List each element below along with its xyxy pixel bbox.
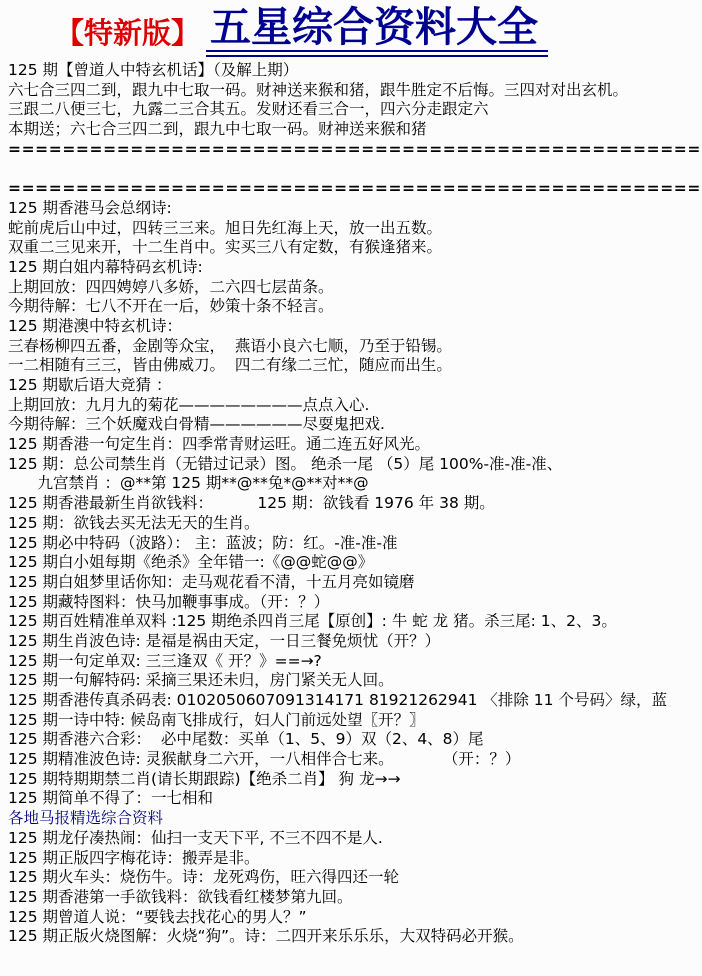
blank-line [8,159,702,179]
text-line: 125 期：总公司禁生肖（无错过记录）图。 绝杀一尾 （5）尾 100%-准-准… [8,455,702,475]
text-line: 今期待解：三个妖魔戏白骨精——————尽耍鬼把戏. [8,415,702,435]
text-line: 125 期简单不得了：一七相和 [8,789,702,809]
text-line: 125 期藏特图料：快马加鞭事事成。（开：？） [8,593,702,613]
text-line: 125 期歇后语大竞猜 ： [8,376,702,396]
text-line: 上期回放：九月九的菊花————————点点入心. [8,396,702,416]
text-line: 125 期一句定单双: 三三逢双《 开？》==→? [8,652,702,672]
text-line: 蛇前虎后山中过，四转三三来。旭日先红海上天，放一出五数。 [8,219,702,239]
text-line: 125 期香港马会总纲诗: [8,199,702,219]
separator-line: ========================================… [8,140,702,160]
text-line: 125 期一诗中特: 候岛南飞排成行，妇人门前远处望〖开？〗 [8,711,702,731]
text-line: 一二相随有三三，皆由佛威刀。 四二有缘二三忙，随应而出生。 [8,356,702,376]
text-line: 125 期一句解特码: 采摘三果还未归，房门紧关无人回。 [8,671,702,691]
text-line: 125 期龙仔凑热闹：仙扫一支天下平, 不三不四不是人. [8,829,702,849]
text-line: 125 期香港传真杀码表: 0102050607091314171 819212… [8,691,702,711]
text-line: 125 期：欲钱去买无法无天的生肖。 [8,514,702,534]
edition-badge: 【特新版】 [55,19,200,57]
text-line: 125 期香港六合彩： 必中尾数：买单（1、5、9）双（2、4、8）尾 [8,730,702,750]
text-line: 三春杨柳四五番，金剧等众宝， 燕语小良六七顺，乃至于铅锡。 [8,337,702,357]
text-line: 125 期正版火烧图解：火烧“狗”。诗：二四开来乐乐乐，大双特码必开猴。 [8,927,702,947]
separator-line: ========================================… [8,179,702,199]
page-title-link[interactable]: 五星综合资料大全 [206,7,548,57]
text-line: 125 期特期期禁二肖(请长期跟踪)【绝杀二肖】 狗 龙→→ [8,770,702,790]
text-line: 125 期白姐梦里话你知：走马观花看不清，十五月亮如镜磨 [8,573,702,593]
text-line: 今期待解：七八不开在一后，妙策十条不轻言。 [8,297,702,317]
text-line: 125 期香港最新生肖欲钱料： 125 期：欲钱看 1976 年 38 期。 [8,494,702,514]
content-lines: 125 期【曾道人中特玄机话】（及解上期）六七合三四二到，跟九中七取一码。财神送… [0,57,702,947]
text-line: 125 期必中特码（波路）： 主：蓝波；防：红。-准-准-准 [8,534,702,554]
text-line: 125 期精准波色诗: 灵猴献身二六开，一八相伴合七来。 （开：？） [8,750,702,770]
page-header: 【特新版】 五星综合资料大全 [0,0,702,57]
text-line: 125 期曾道人说：“要钱去找花心的男人？” [8,908,702,928]
text-line: 125 期百姓精准单双料 :125 期绝杀四肖三尾【原创】: 牛 蛇 龙 猪。杀… [8,612,702,632]
text-line: 九宫禁肖 ：@**第 125 期**@**兔*@**对**@ [8,474,702,494]
text-line: 上期回放：四四娉婷八多娇，二六四七层苗条。 [8,278,702,298]
text-line: 125 期香港第一手欲钱料：欲钱看红楼梦第九回。 [8,888,702,908]
text-line: 125 期香港一句定生肖：四季常青财运旺。通二连五好风光。 [8,435,702,455]
text-line: 六七合三四二到，跟九中七取一码。财神送来猴和猪，跟牛胜定不后悔。三四对对出玄机。 [8,81,702,101]
text-line: 双重二三见来开，十二生肖中。实买三八有定数，有猴逢猪来。 [8,238,702,258]
text-line: 125 期白小姐每期《绝杀》全年错一:《@@蛇@@》 [8,553,702,573]
text-line: 125 期【曾道人中特玄机话】（及解上期） [8,61,702,81]
text-line: 125 期火车头：烧伤牛。诗：龙死鸡伤，旺六得四还一轮 [8,868,702,888]
page: 【特新版】 五星综合资料大全 125 期【曾道人中特玄机话】（及解上期）六七合三… [0,0,702,976]
text-line: 本期送；六七合三四二到，跟九中七取一码。财神送来猴和猪 [8,120,702,140]
text-line: 125 期生肖波色诗: 是福是祸由天定，一日三餐免烦忧（开？） [8,632,702,652]
section-heading: 各地马报精选综合资料 [8,809,702,829]
text-line: 125 期白姐内幕特码玄机诗: [8,258,702,278]
text-line: 125 期正版四字梅花诗：搬弄是非。 [8,849,702,869]
text-line: 125 期港澳中特玄机诗： [8,317,702,337]
text-line: 三跟二八便三七，九露二三合其五。发财还看三合一，四六分走跟定六 [8,100,702,120]
